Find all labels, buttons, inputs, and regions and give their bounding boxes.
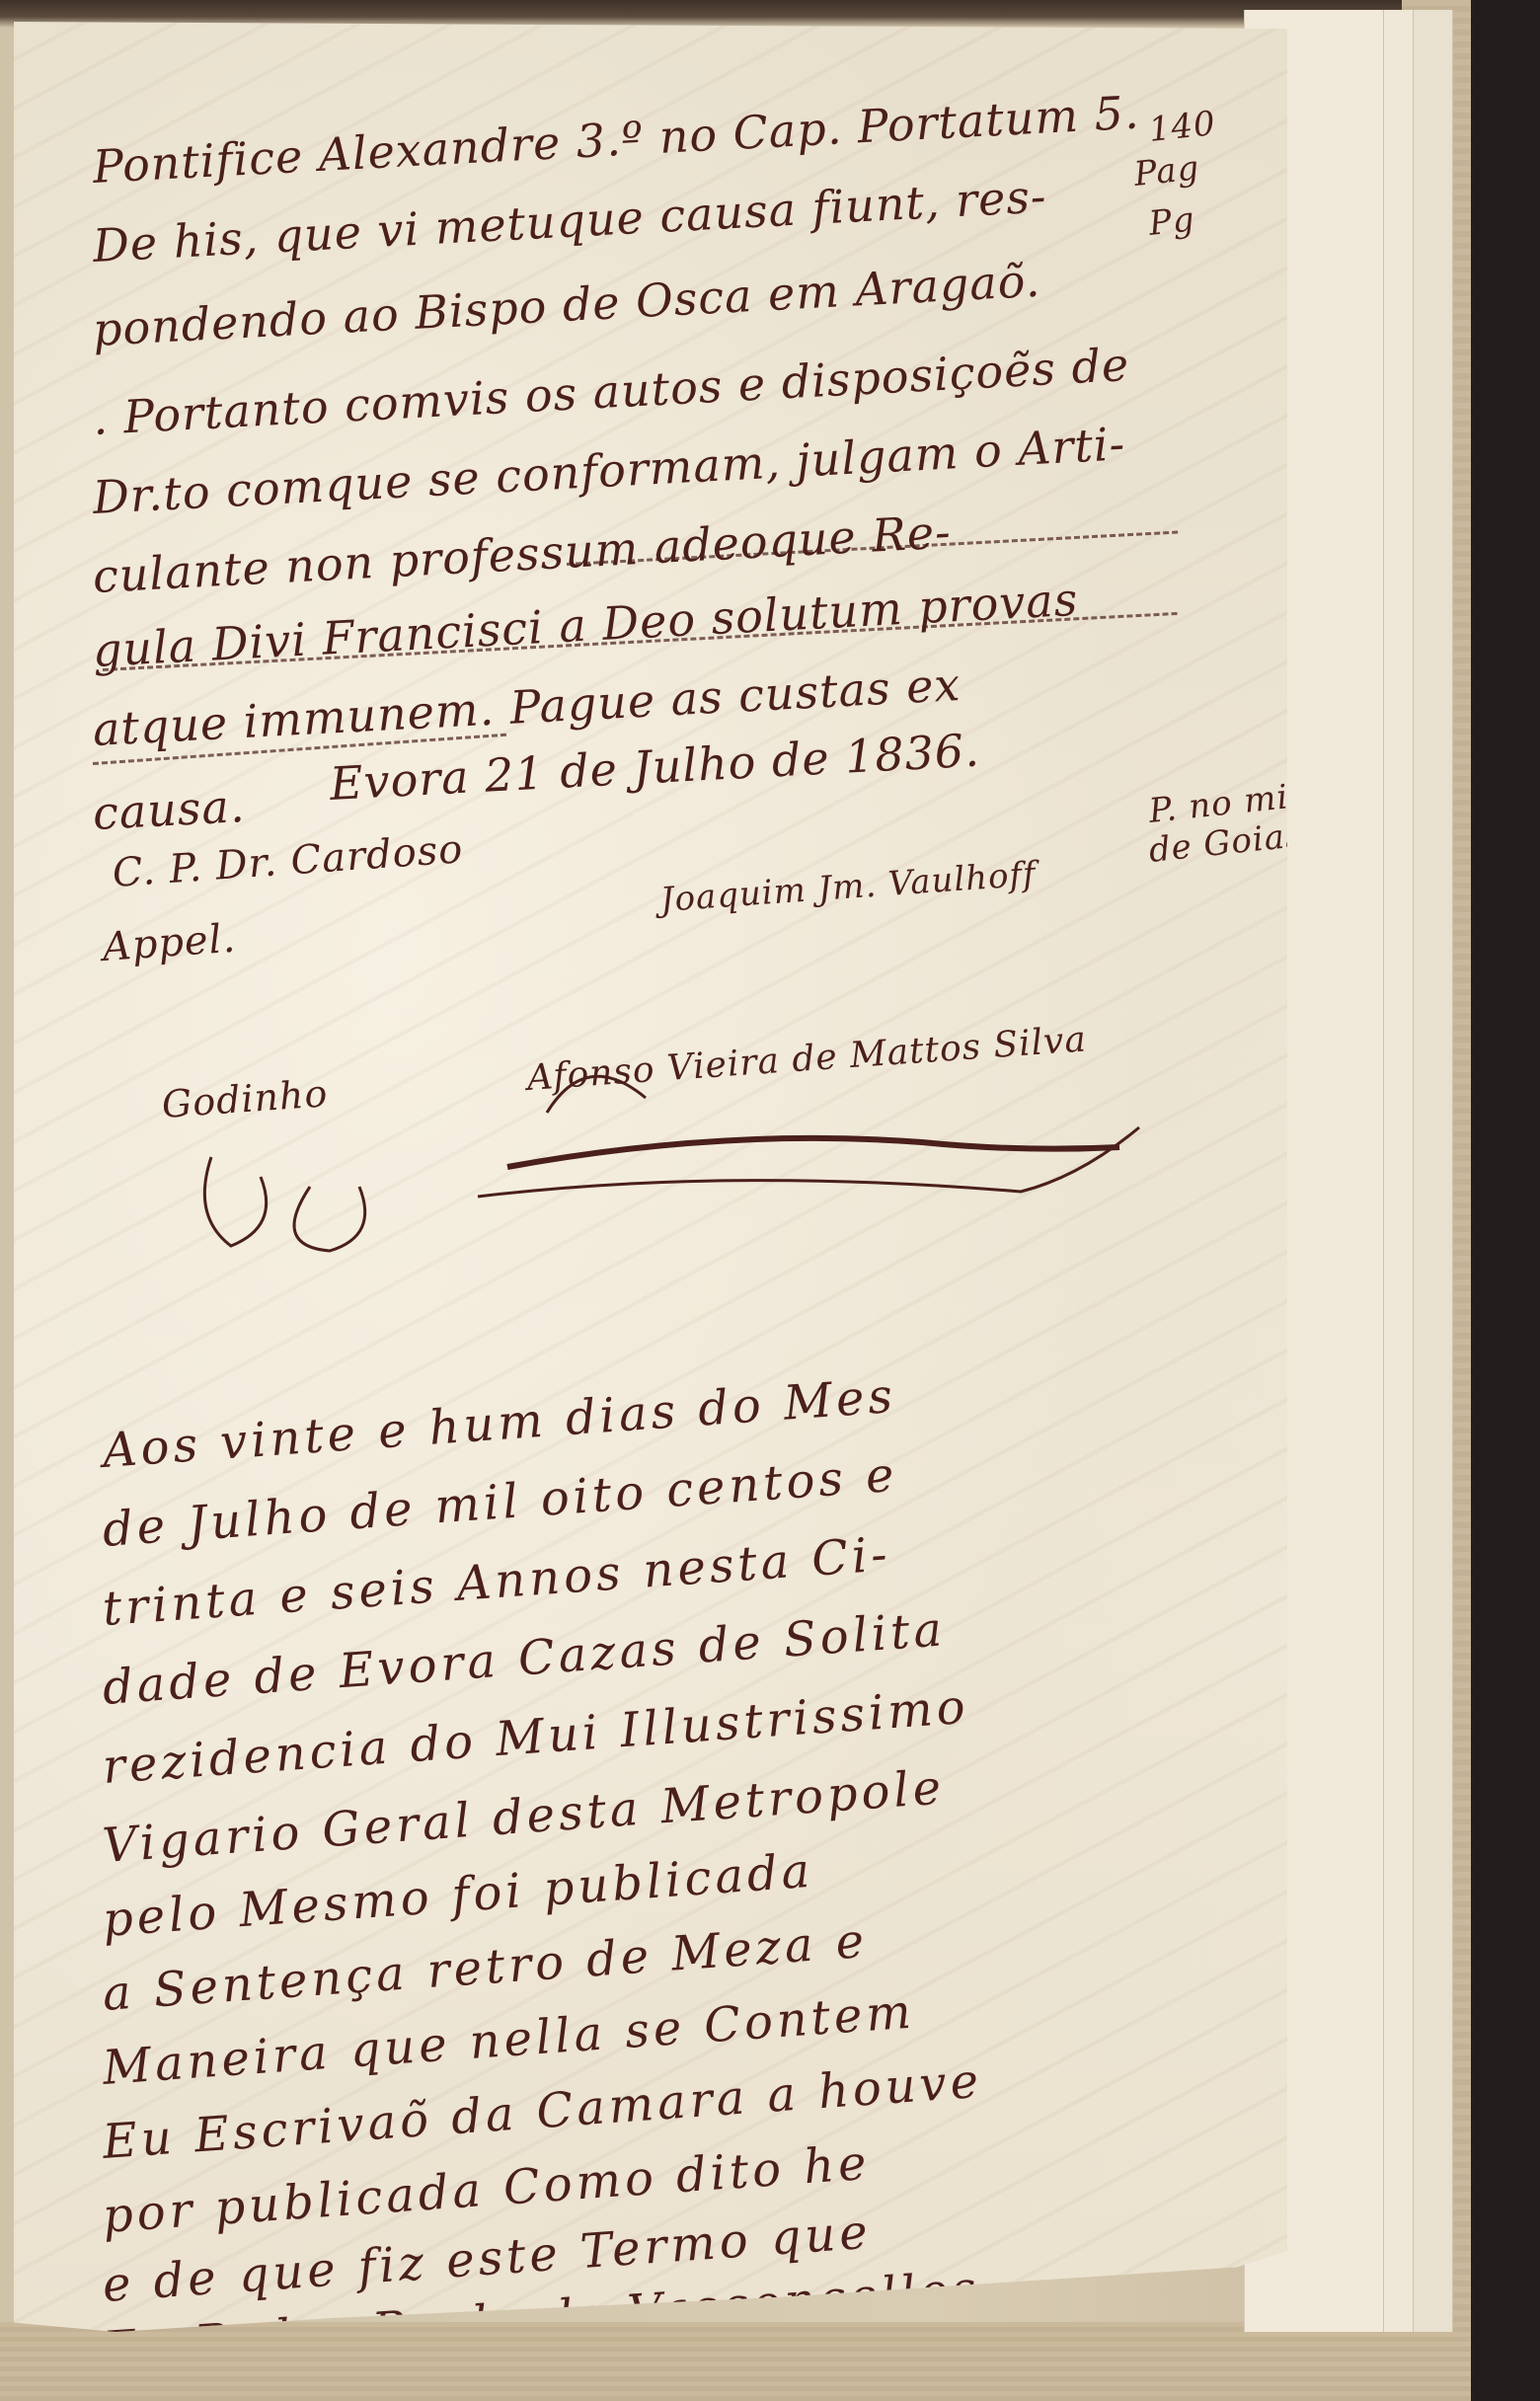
signature-role: Appel. xyxy=(101,916,237,970)
bottom-cardboard xyxy=(0,2322,1471,2401)
text-line: pondendo ao Bispo de Osca em Aragaõ. xyxy=(92,254,1042,356)
signature-cardoso: C. P. Dr. Cardoso xyxy=(111,826,464,896)
manuscript-page: 140 Pag Pg Pontifice Alexandre 3.º no Ca… xyxy=(14,22,1287,2332)
margin-note-pag: Pag xyxy=(1132,148,1201,194)
margin-note-page-number: 140 xyxy=(1147,104,1218,150)
signature-godinho: Godinho xyxy=(160,1071,329,1126)
signature-vaulhoff: Joaquim Jm. Vaulhoff xyxy=(659,854,1038,920)
signature-mattos-silva: Afonso Vieira de Mattos Silva xyxy=(526,1019,1089,1099)
dark-board xyxy=(1471,0,1540,2401)
text-line: causa. xyxy=(92,779,247,840)
photo-scene: 140 Pag Pg Pontifice Alexandre 3.º no Ca… xyxy=(0,0,1540,2401)
margin-note-pg: Pg xyxy=(1147,199,1197,244)
